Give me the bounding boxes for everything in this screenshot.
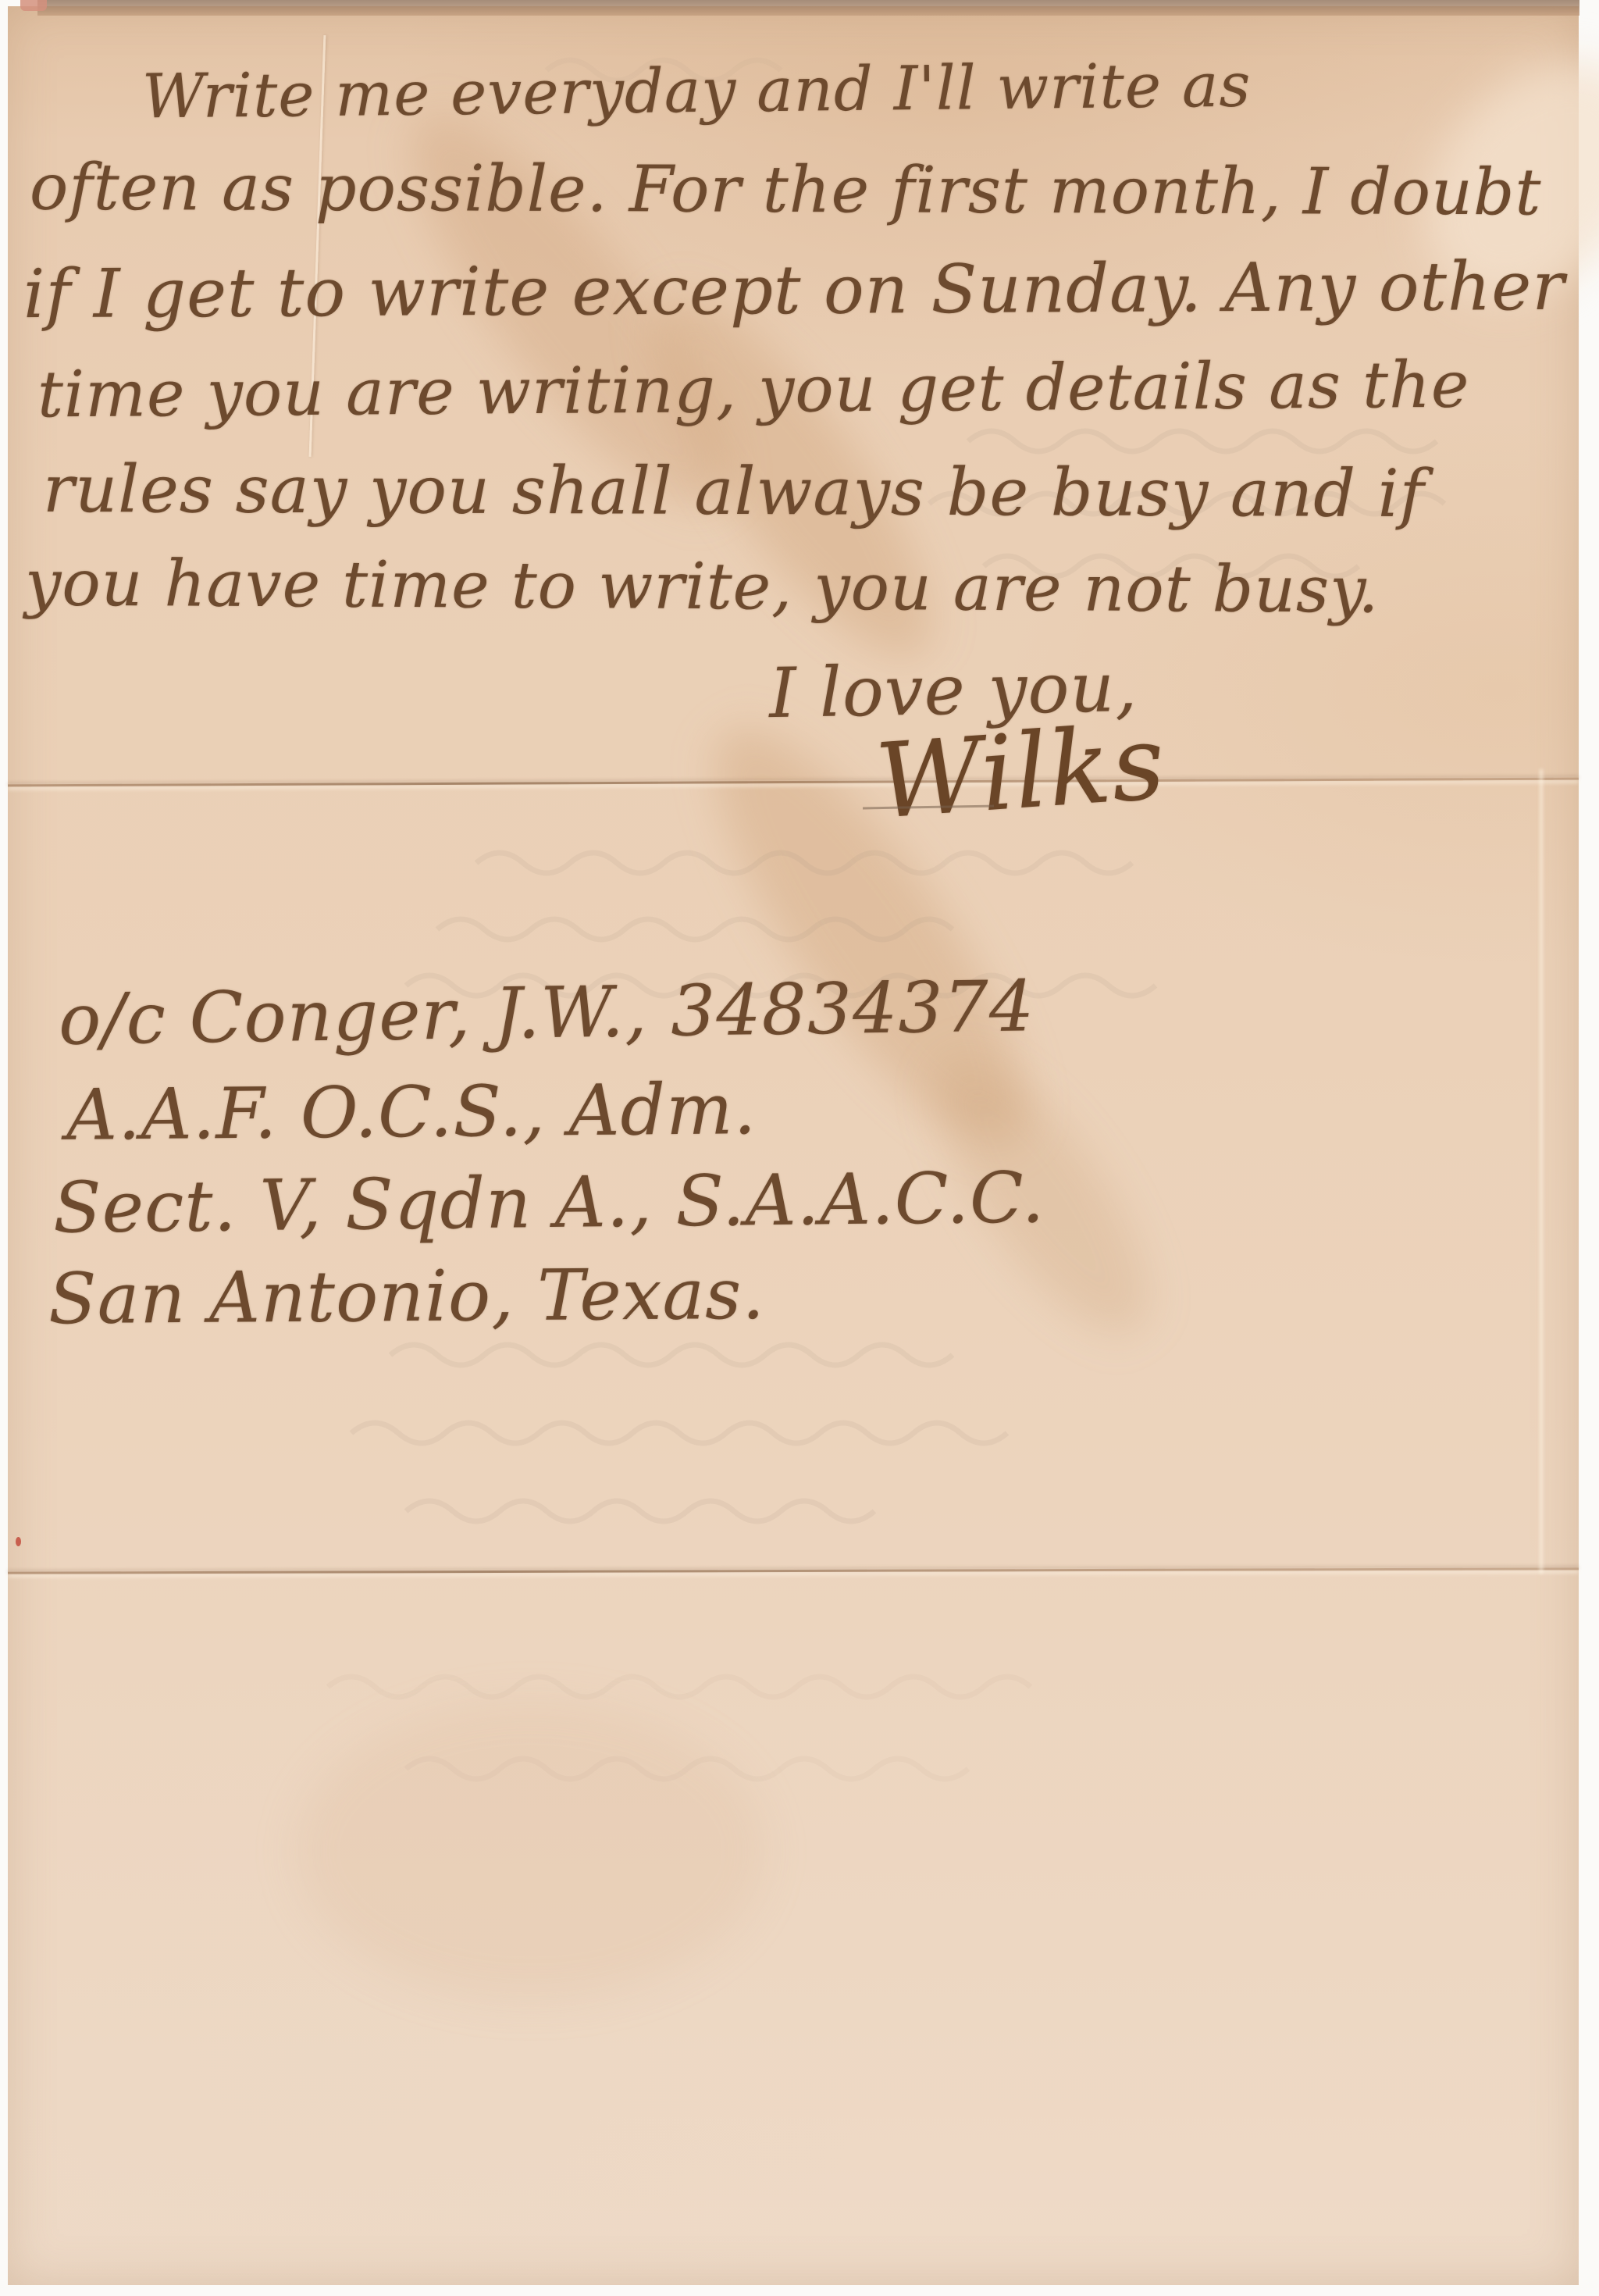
address-line: San Antonio, Texas. (48, 1253, 766, 1340)
letter-line: rules say you shall always be busy and i… (43, 451, 1425, 532)
vertical-crease (1540, 769, 1543, 1574)
address-line: Sect. V, Sqdn A., S.A.A.C.C. (52, 1157, 1045, 1249)
letter-line: time you are writing, you get details as… (37, 348, 1470, 433)
letter-line: you have time to write, you are not busy… (25, 546, 1380, 627)
address-line: A.A.F. O.C.S., Adm. (66, 1068, 757, 1157)
letter-line: often as possible. For the first month, … (30, 151, 1542, 230)
letter-line: if I get to write except on Sunday. Any … (23, 248, 1565, 333)
scanned-letter-canvas: Write me everyday and I'll write as ofte… (0, 0, 1599, 2296)
signature: Wilks (872, 702, 1169, 842)
address-line: o/c Conger, J.W., 34834374 (58, 965, 1035, 1061)
letter-line: Write me everyday and I'll write as (142, 51, 1252, 133)
